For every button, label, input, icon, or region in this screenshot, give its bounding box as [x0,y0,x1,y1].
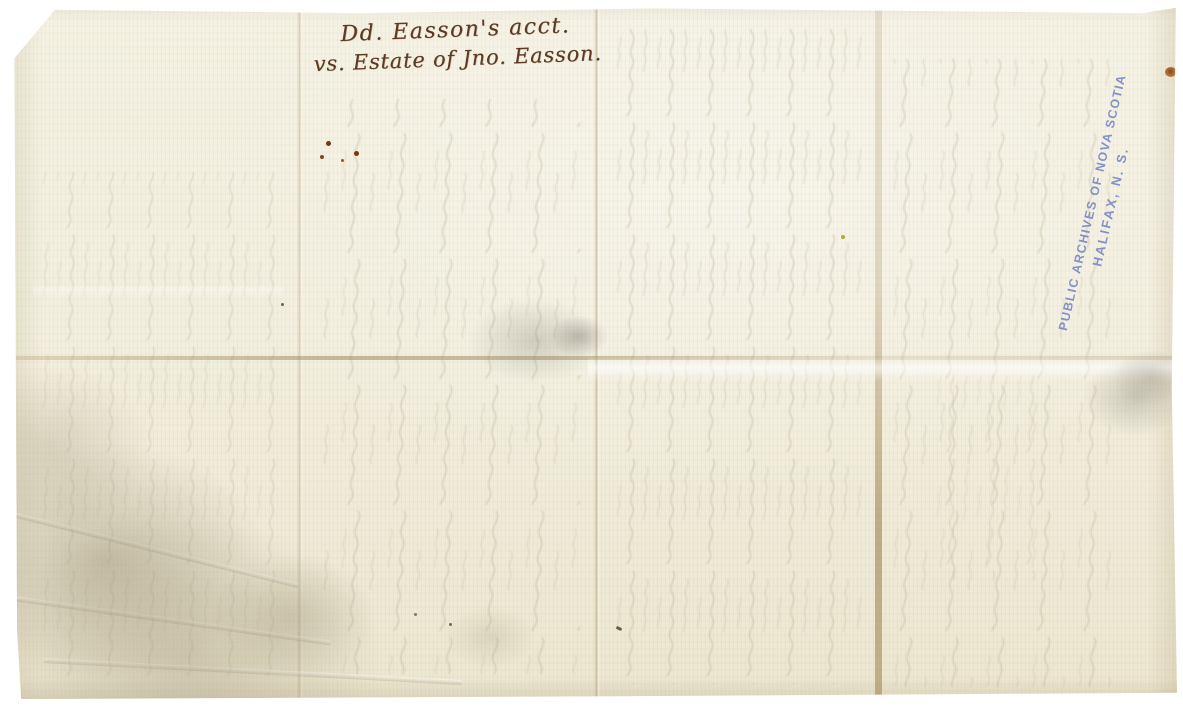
paper-speck [414,613,417,616]
ink-speck [354,151,359,156]
paper-speck [449,623,452,626]
stain-layer [13,7,1177,699]
ink-speck [341,159,344,162]
paper-speck [841,235,845,239]
scanner-background: Dd. Easson's acct. vs. Estate of Jno. Ea… [0,0,1183,709]
ink-speck [326,141,331,146]
foxing-spot-top-right [1165,67,1177,77]
ink-speck [320,155,324,159]
paper-speck [281,303,284,306]
document-paper: Dd. Easson's acct. vs. Estate of Jno. Ea… [13,7,1177,699]
